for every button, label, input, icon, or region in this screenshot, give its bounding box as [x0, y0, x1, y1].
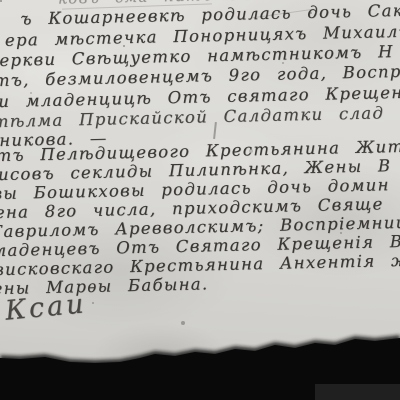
manuscript-photo: ковъ сма нитъ Єч ъ Кошарнеевкѣ родилась …: [0, 0, 400, 400]
torn-page-edge: [0, 322, 400, 400]
torn-edge-highlight: [315, 384, 400, 400]
signature-flourish: Ксаи: [4, 288, 88, 326]
